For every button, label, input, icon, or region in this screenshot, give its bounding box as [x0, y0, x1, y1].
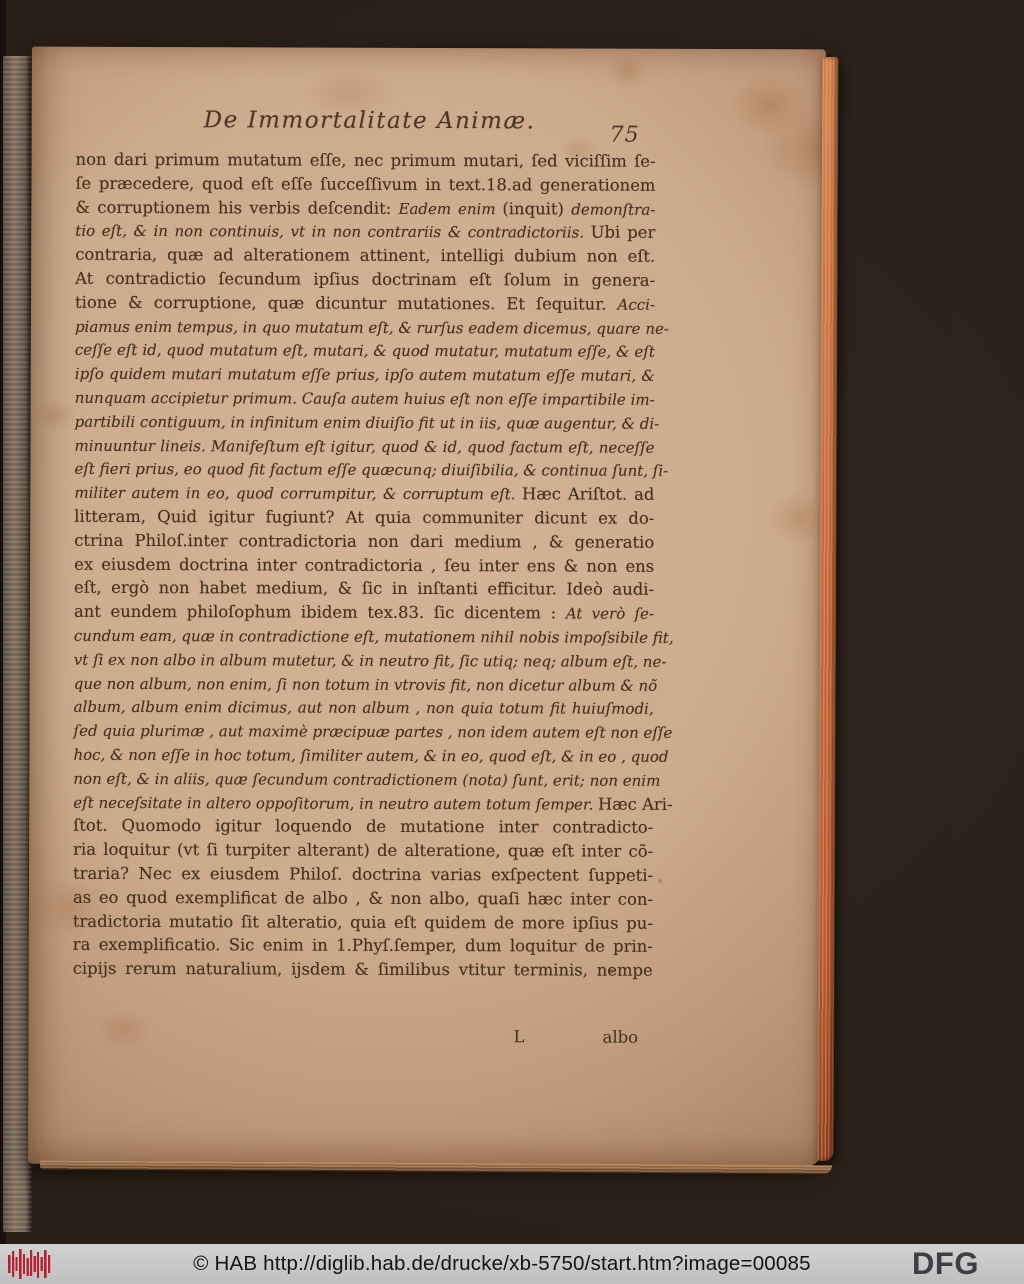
roman-text-segment: contraria, quæ ad alterationem attinent,… — [75, 245, 655, 266]
italic-text-segment: cundum eam, quæ in contradictione eſt, m… — [74, 627, 674, 647]
roman-text-segment: & corruptionem his verbis deſcendit: — [75, 197, 398, 217]
catchword: albo — [602, 1026, 638, 1050]
roman-text-segment: At contradictio ſecundum ipſius doctrina… — [75, 269, 655, 290]
roman-text-segment: Hæc Ari- — [598, 794, 673, 813]
italic-text-segment: militer autem in eo, quod corrumpitur, &… — [74, 484, 522, 504]
scanned-book-page: De Immortalitate Animæ. 75 non dari prim… — [28, 47, 826, 1167]
text-line: litteram, Quid igitur fugiunt? At quia c… — [74, 505, 654, 531]
roman-text-segment: eſt, ergò non habet medium, & ſic in inſ… — [74, 578, 654, 599]
text-line: contraria, quæ ad alterationem attinent,… — [75, 243, 655, 269]
roman-text-segment: as eo quod exemplificat de albo , & non … — [73, 887, 653, 908]
italic-text-segment: ſed quia plurimæ , aut maximè præcipuæ p… — [74, 722, 673, 742]
text-block: non dari primum mutatum eſſe, nec primum… — [73, 148, 656, 983]
attribution-bar: © HAB http://diglib.hab.de/drucke/xb-575… — [0, 1244, 1024, 1284]
text-line: eſt neceſsitate in altero oppoſitorum, i… — [73, 790, 653, 816]
italic-text-segment: vt ſi ex non albo in album mutetur, & in… — [74, 651, 667, 671]
italic-text-segment: demonſtra- — [571, 200, 655, 218]
text-line: tradictoria mutatio ſit alteratio, quia … — [73, 909, 653, 935]
text-line: ſe præcedere, quod eſt eſſe ſucceſſivum … — [75, 172, 655, 198]
italic-text-segment: eſt neceſsitate in altero oppoſitorum, i… — [73, 793, 598, 813]
text-line: ria loquitur (vt ſi turpiter alterant) d… — [73, 838, 653, 864]
text-line: tione & corruptione, quæ dicuntur mutati… — [75, 291, 655, 317]
text-line: militer autem in eo, quod corrumpitur, &… — [74, 481, 654, 507]
text-line: ipſo quidem mutari mutatum eſſe prius, i… — [75, 362, 655, 388]
dfg-logo: DFG — [912, 1246, 1024, 1283]
text-line: & corruptionem his verbis deſcendit: Ead… — [75, 195, 655, 221]
italic-text-segment: tio eſt, & in non continuis, vt in non c… — [75, 222, 590, 242]
roman-text-segment: ſe præcedere, quod eſt eſſe ſucceſſivum … — [75, 174, 655, 195]
text-line: ra exemplificatio. Sic enim in 1.Phyſ.ſe… — [73, 933, 653, 959]
text-line: piamus enim tempus, in quo mutatum eſt, … — [75, 314, 655, 340]
text-line: tio eſt, & in non continuis, vt in non c… — [75, 219, 655, 245]
hab-logo-icon — [0, 1248, 62, 1280]
text-line: non dari primum mutatum eſſe, nec primum… — [76, 148, 656, 174]
italic-text-segment: piamus enim tempus, in quo mutatum eſt, … — [75, 317, 669, 337]
text-line: traria? Nec ex eiusdem Philoſ. doctrina … — [73, 862, 653, 888]
gathering-signature: L — [513, 1025, 524, 1049]
roman-text-segment: traria? Nec ex eiusdem Philoſ. doctrina … — [73, 864, 653, 885]
roman-text-segment: ſtot. Quomodo igitur loquendo de mutatio… — [73, 816, 653, 837]
italic-text-segment: non eſt, & in aliis, quæ ſecundum contra… — [73, 769, 660, 789]
text-line: cipijs rerum naturalium, ijsdem & ſimili… — [73, 957, 653, 983]
red-fore-edge — [818, 57, 839, 1161]
page-number: 75 — [610, 123, 640, 148]
text-line: as eo quod exemplificat de albo , & non … — [73, 885, 653, 911]
roman-text-segment: Hæc Ariſtot. ad — [522, 484, 654, 503]
italic-text-segment: hoc, & non eſſe in hoc totum, ſimiliter … — [73, 746, 668, 766]
roman-text-segment: ria loquitur (vt ſi turpiter alterant) d… — [73, 840, 653, 861]
italic-text-segment: eſt fieri prius, eo quod fit factum eſſe… — [74, 460, 668, 480]
text-line: eſt fieri prius, eo quod fit factum eſſe… — [74, 457, 654, 483]
italic-text-segment: At verò ſe- — [566, 605, 654, 623]
text-line: ſtot. Quomodo igitur loquendo de mutatio… — [73, 814, 653, 840]
scan-backdrop: De Immortalitate Animæ. 75 non dari prim… — [0, 0, 1024, 1284]
italic-text-segment: Acci- — [618, 295, 656, 313]
text-line: que non album, non enim, ſi non totum in… — [74, 671, 654, 697]
text-line: non eſt, & in aliis, quæ ſecundum contra… — [73, 766, 653, 792]
italic-text-segment: nunquam accipietur primum. Cauſa autem h… — [75, 389, 655, 409]
text-line: nunquam accipietur primum. Cauſa autem h… — [75, 386, 655, 412]
text-line: cundum eam, quæ in contradictione eſt, m… — [74, 624, 654, 650]
text-line: ctrina Philoſ.inter contradictoria non d… — [74, 529, 654, 555]
roman-text-segment: tradictoria mutatio ſit alteratio, quia … — [73, 911, 653, 932]
italic-text-segment: album, album enim dicimus, aut non album… — [74, 698, 654, 718]
italic-text-segment: que non album, non enim, ſi non totum in… — [74, 674, 658, 694]
italic-text-segment: Eadem enim — [398, 199, 502, 217]
roman-text-segment: Ubi per — [591, 223, 656, 242]
text-line: eſt, ergò non habet medium, & ſic in inſ… — [74, 576, 654, 602]
signature-row: L albo — [72, 1024, 652, 1050]
italic-text-segment: partibili contiguum, in infinitum enim d… — [75, 413, 660, 433]
italic-text-segment: ceſſe eſt id, quod mutatum eſt, mutari, … — [75, 341, 655, 361]
text-line: album, album enim dicimus, aut non album… — [74, 695, 654, 721]
text-line: ſed quia plurimæ , aut maximè præcipuæ p… — [74, 719, 654, 745]
roman-text-segment: ra exemplificatio. Sic enim in 1.Phyſ.ſe… — [73, 935, 653, 956]
italic-text-segment: ipſo quidem mutari mutatum eſſe prius, i… — [75, 365, 655, 385]
copyright-url-text: © HAB http://diglib.hab.de/drucke/xb-575… — [62, 1252, 912, 1276]
roman-text-segment: tione & corruptione, quæ dicuntur mutati… — [75, 293, 618, 314]
text-line: ex eiusdem doctrina inter contradictoria… — [74, 552, 654, 578]
text-line: minuuntur lineis. Manifeſtum eſt igitur,… — [75, 433, 655, 459]
text-line: hoc, & non eſſe in hoc totum, ſimiliter … — [73, 743, 653, 769]
roman-text-segment: ex eiusdem doctrina inter contradictoria… — [74, 554, 654, 575]
italic-text-segment: minuuntur lineis. Manifeſtum eſt igitur,… — [75, 436, 655, 456]
signature-line: L albo — [72, 1024, 652, 1050]
running-title: De Immortalitate Animæ. — [204, 107, 624, 134]
text-line: ceſſe eſt id, quod mutatum eſt, mutari, … — [75, 338, 655, 364]
text-line: partibili contiguum, in infinitum enim d… — [75, 410, 655, 436]
text-line: vt ſi ex non albo in album mutetur, & in… — [74, 648, 654, 674]
roman-text-segment: ant eundem philoſophum ibidem tex.83. ſi… — [74, 602, 566, 623]
text-line: At contradictio ſecundum ipſius doctrina… — [75, 267, 655, 293]
roman-text-segment: litteram, Quid igitur fugiunt? At quia c… — [74, 507, 654, 528]
roman-text-segment: ctrina Philoſ.inter contradictoria non d… — [74, 531, 654, 552]
text-line: ant eundem philoſophum ibidem tex.83. ſi… — [74, 600, 654, 626]
roman-text-segment: (inquit) — [502, 199, 571, 218]
roman-text-segment: non dari primum mutatum eſſe, nec primum… — [76, 150, 656, 171]
roman-text-segment: cipijs rerum naturalium, ijsdem & ſimili… — [73, 959, 653, 980]
